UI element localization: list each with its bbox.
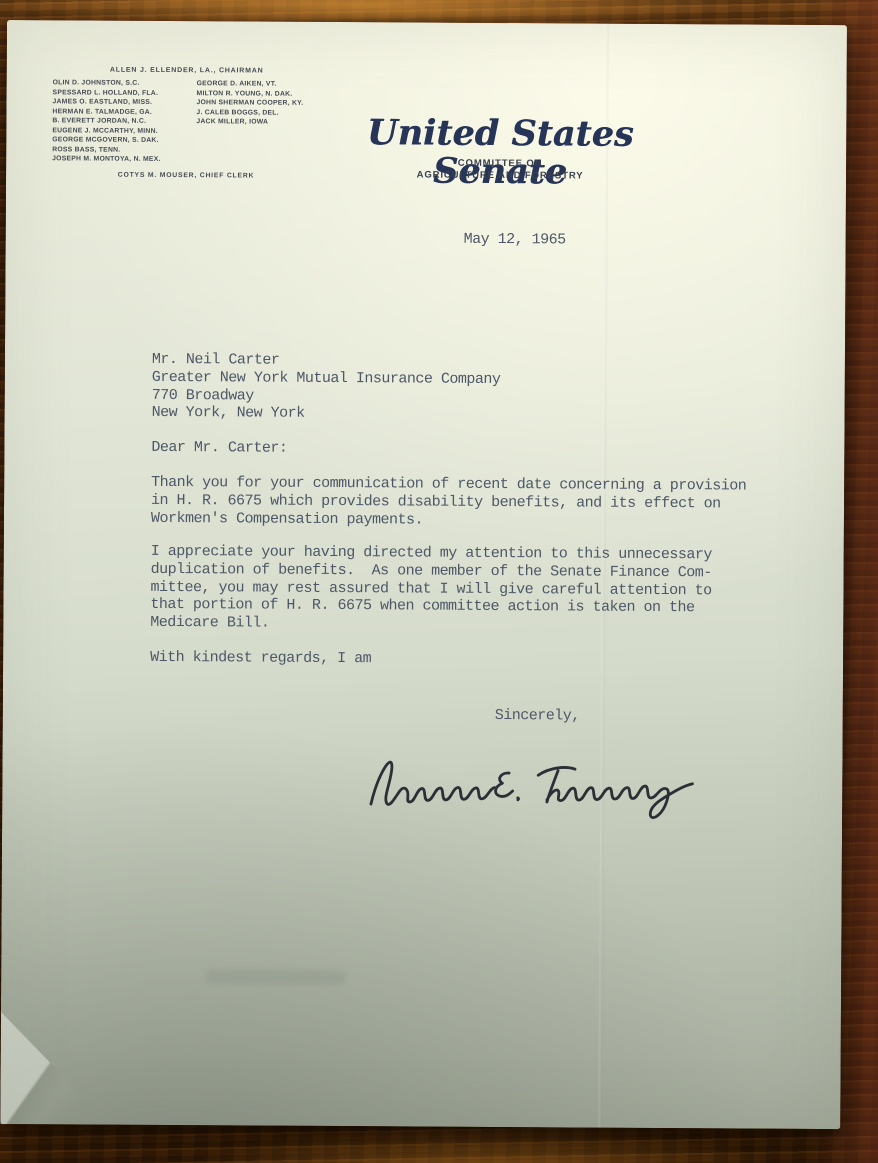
wood-table-background: ALLEN J. ELLENDER, LA., CHAIRMAN OLIN D.… xyxy=(0,0,878,1163)
body-paragraph-3: With kindest regards, I am xyxy=(150,649,371,668)
member-list-left: OLIN D. JOHNSTON, S.C. SPESSARD L. HOLLA… xyxy=(52,78,161,164)
body-paragraph-2: I appreciate your having directed my att… xyxy=(150,543,712,635)
member-name: GEORGE MCGOVERN, S. DAK. xyxy=(52,135,161,145)
letter-paper: ALLEN J. ELLENDER, LA., CHAIRMAN OLIN D.… xyxy=(0,20,847,1129)
ink-bleed-smudge xyxy=(206,969,346,985)
closing-line: Sincerely, xyxy=(495,707,580,725)
recipient-address: Mr. Neil Carter Greater New York Mutual … xyxy=(152,351,501,424)
salutation-line: Dear Mr. Carter: xyxy=(151,439,287,458)
committee-title: COMMITTEE ON AGRICULTURE AND FORESTRY xyxy=(300,157,700,183)
chief-clerk-line: COTYS M. MOUSER, CHIEF CLERK xyxy=(46,171,326,180)
member-name: JOSEPH M. MONTOYA, N. MEX. xyxy=(52,154,161,164)
signature xyxy=(361,732,713,830)
member-name: GEORGE D. AIKEN, VT. xyxy=(197,79,304,89)
date-line: May 12, 1965 xyxy=(464,231,566,249)
member-list-right: GEORGE D. AIKEN, VT. MILTON R. YOUNG, N.… xyxy=(196,79,303,127)
member-name: JAMES O. EASTLAND, MISS. xyxy=(52,97,161,107)
member-name: JOHN SHERMAN COOPER, KY. xyxy=(196,98,303,108)
body-paragraph-1: Thank you for your communication of rece… xyxy=(151,474,746,531)
paper-corner-fold xyxy=(0,1012,111,1125)
chairman-line: ALLEN J. ELLENDER, LA., CHAIRMAN xyxy=(47,66,327,75)
member-name: B. EVERETT JORDAN, N.C. xyxy=(52,116,161,126)
member-name: OLIN D. JOHNSTON, S.C. xyxy=(53,78,162,88)
member-name: JACK MILLER, IOWA xyxy=(196,117,303,127)
